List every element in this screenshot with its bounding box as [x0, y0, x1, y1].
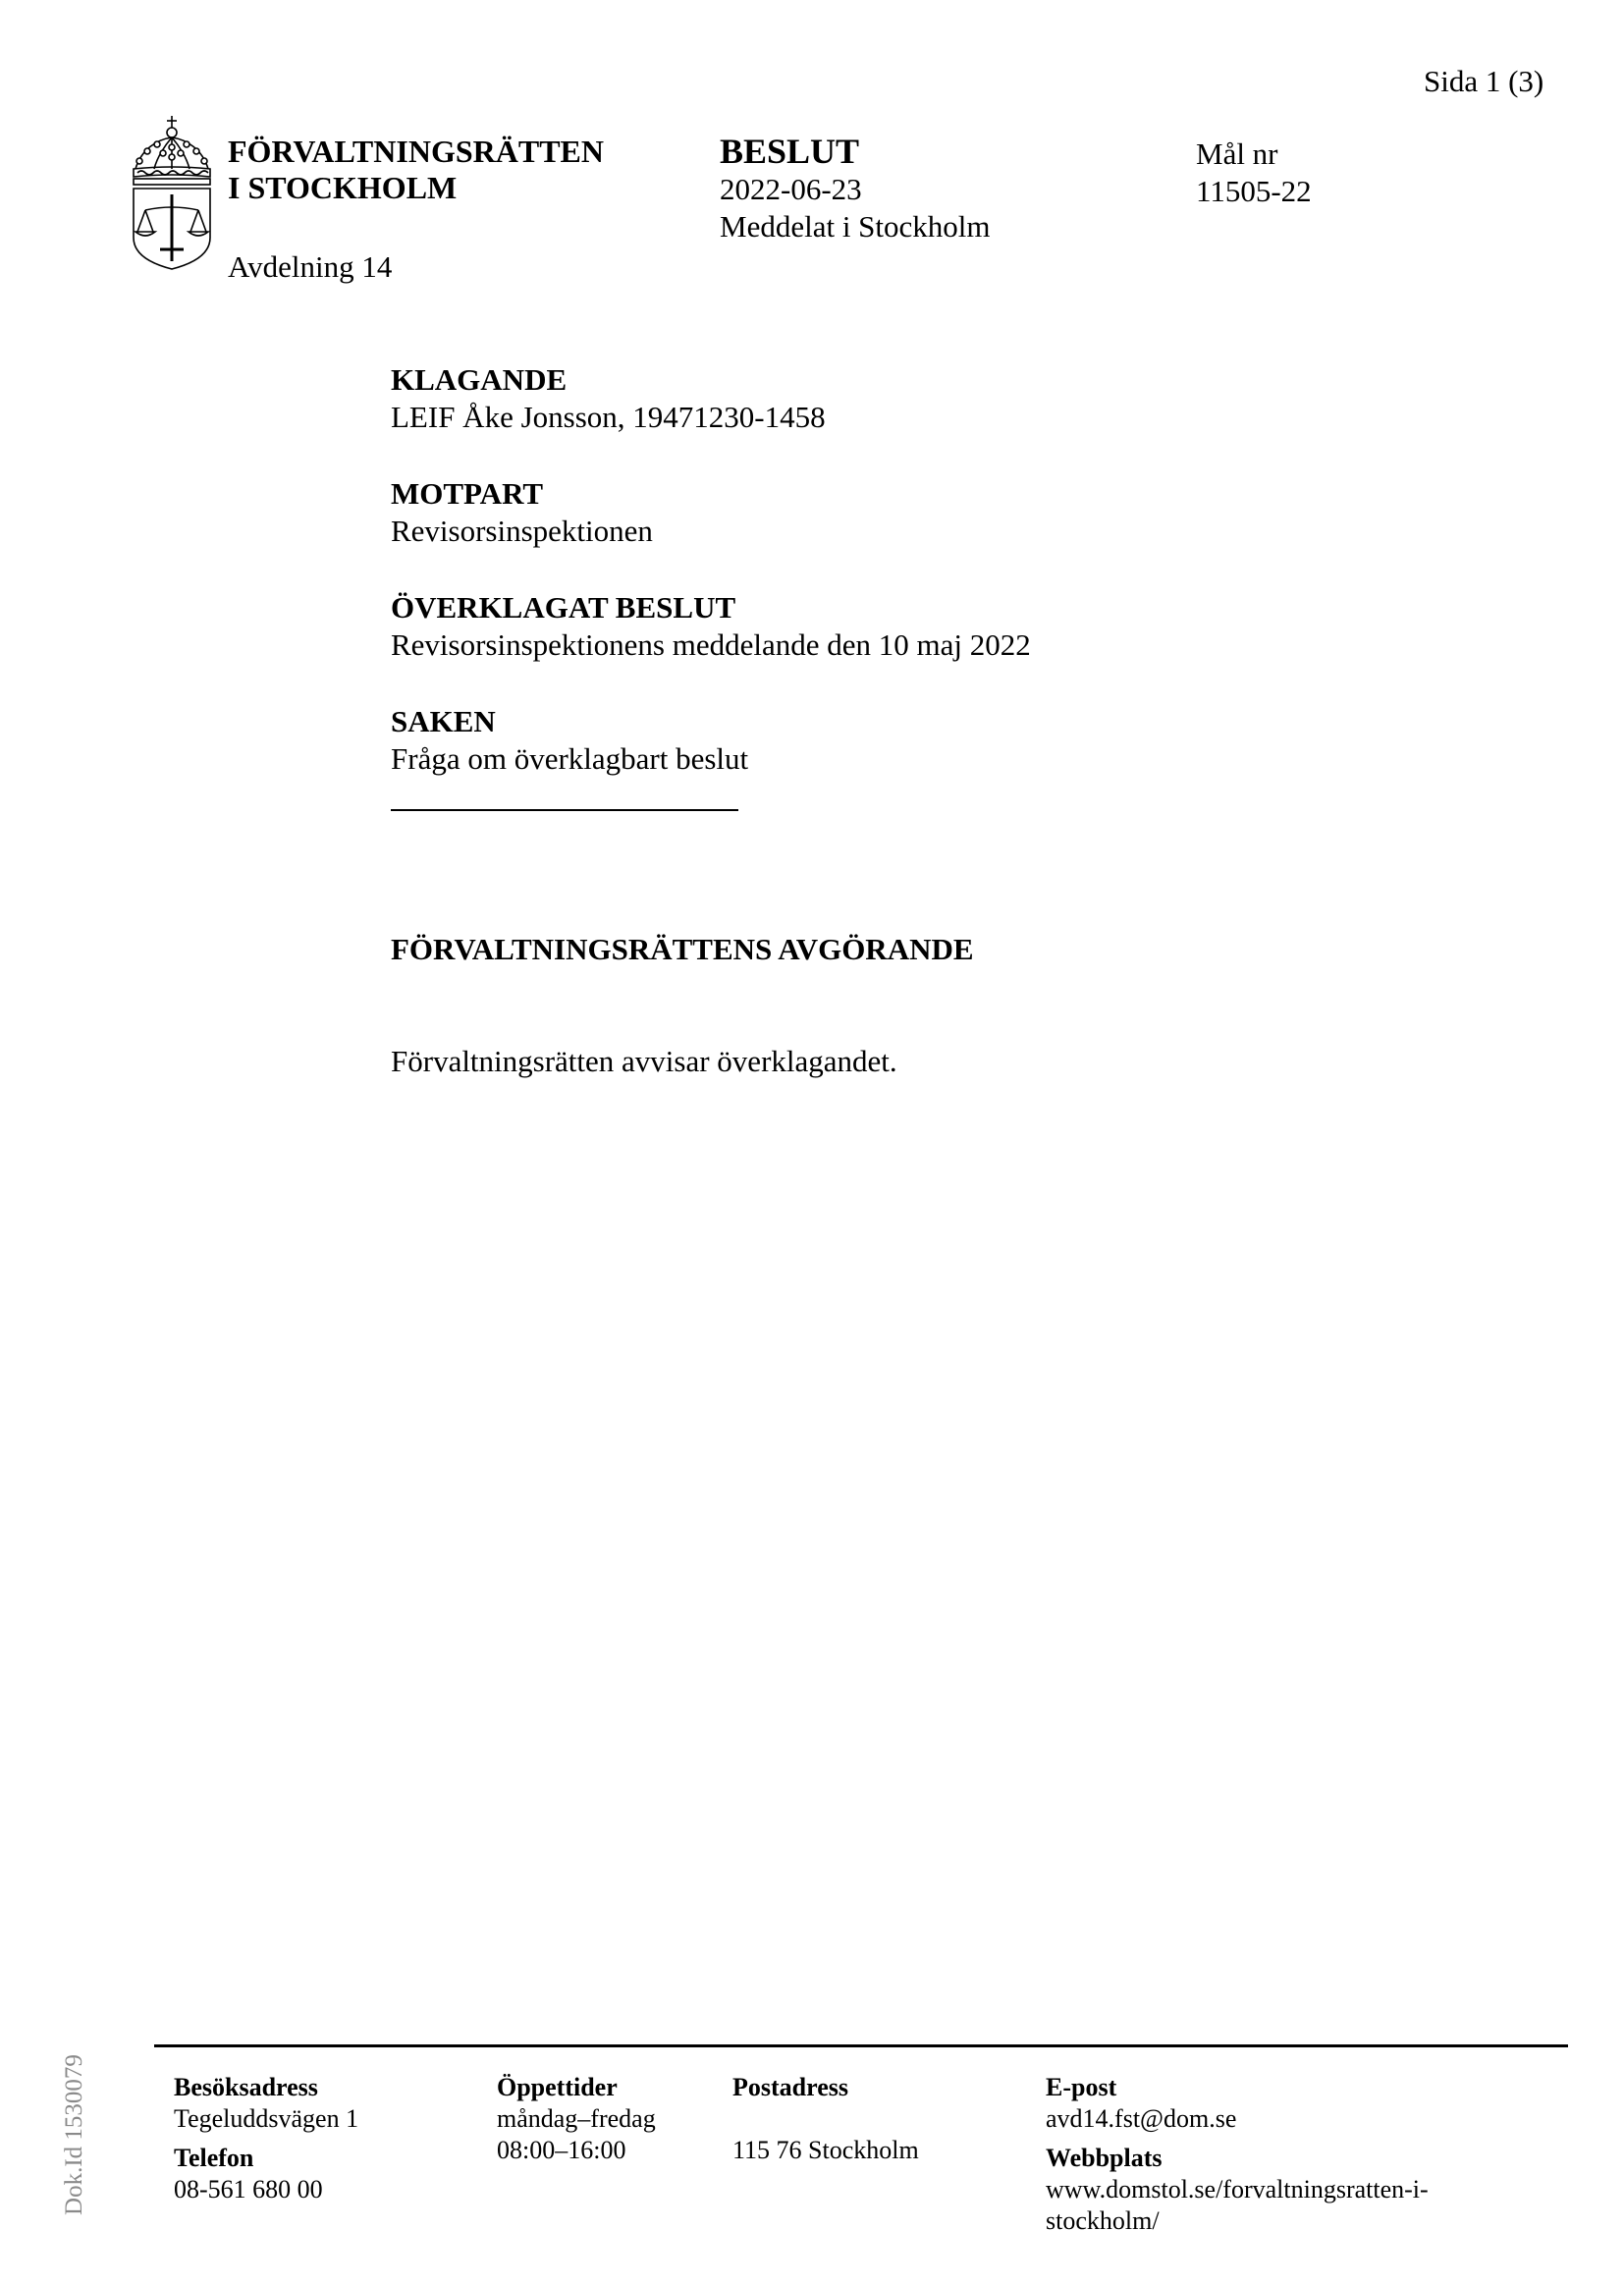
email-link[interactable]: avd14.fst@dom.se	[1046, 2103, 1429, 2135]
postal-address: 115 76 Stockholm	[732, 2135, 919, 2166]
document-type: BESLUT	[720, 132, 991, 171]
footer-hours-column: Öppettider måndag–fredag 08:00–16:00	[497, 2072, 656, 2166]
ruling-heading: FÖRVALTNINGSRÄTTENS AVGÖRANDE	[391, 931, 974, 968]
section-text: Revisorsinspektionens meddelande den 10 …	[391, 626, 1031, 664]
section-overklagat-beslut: ÖVERKLAGAT BESLUT Revisorsinspektionens …	[391, 589, 1031, 664]
phone-label: Telefon	[174, 2143, 358, 2174]
section-heading: SAKEN	[391, 703, 748, 740]
division: Avdelning 14	[228, 248, 392, 286]
footer-contact-column: E-post avd14.fst@dom.se Webbplats www.do…	[1046, 2072, 1429, 2237]
case-label: Mål nr	[1196, 136, 1312, 173]
footer-post-column: Postadress 115 76 Stockholm	[732, 2072, 919, 2166]
section-text: Revisorsinspektionen	[391, 513, 653, 550]
section-heading: MOTPART	[391, 475, 653, 513]
section-heading: KLAGANDE	[391, 361, 826, 399]
section-heading: ÖVERKLAGAT BESLUT	[391, 589, 1031, 626]
decision-date: 2022-06-23	[720, 171, 991, 208]
court-name-line2: I STOCKHOLM	[228, 170, 604, 206]
website-line1[interactable]: www.domstol.se/forvaltningsratten-i-	[1046, 2174, 1429, 2205]
document-id: Dok.Id 1530079	[61, 2054, 88, 2215]
phone-number: 08-561 680 00	[174, 2174, 358, 2205]
section-saken: SAKEN Fråga om överklagbart beslut	[391, 703, 748, 778]
opening-days: måndag–fredag	[497, 2103, 656, 2135]
swedish-court-coat-of-arms-icon	[128, 114, 216, 271]
email-label: E-post	[1046, 2072, 1429, 2103]
issued-place: Meddelat i Stockholm	[720, 208, 991, 245]
website-line2[interactable]: stockholm/	[1046, 2205, 1429, 2237]
court-name-line1: FÖRVALTNINGSRÄTTEN	[228, 134, 604, 170]
section-motpart: MOTPART Revisorsinspektionen	[391, 475, 653, 550]
decision-info: BESLUT 2022-06-23 Meddelat i Stockholm	[720, 132, 991, 245]
case-info: Mål nr 11505-22	[1196, 136, 1312, 210]
section-text: Fråga om överklagbart beslut	[391, 740, 748, 778]
section-text: LEIF Åke Jonsson, 19471230-1458	[391, 399, 826, 436]
ruling-text: Förvaltningsrätten avvisar överklagandet…	[391, 1043, 897, 1080]
footer-visit-column: Besöksadress Tegeluddsvägen 1 Telefon 08…	[174, 2072, 358, 2205]
footer-divider	[154, 2044, 1568, 2047]
page-indicator: Sida 1 (3)	[1424, 63, 1543, 100]
opening-time: 08:00–16:00	[497, 2135, 656, 2166]
website-link[interactable]: www.domstol.se/forvaltningsratten-i- sto…	[1046, 2174, 1429, 2237]
section-klagande: KLAGANDE LEIF Åke Jonsson, 19471230-1458	[391, 361, 826, 436]
postal-spacer	[732, 2103, 919, 2135]
website-label: Webbplats	[1046, 2143, 1429, 2174]
visit-address: Tegeluddsvägen 1	[174, 2103, 358, 2135]
opening-hours-label: Öppettider	[497, 2072, 656, 2103]
section-divider	[391, 809, 738, 811]
court-name: FÖRVALTNINGSRÄTTEN I STOCKHOLM	[228, 134, 604, 206]
visit-address-label: Besöksadress	[174, 2072, 358, 2103]
case-number: 11505-22	[1196, 173, 1312, 210]
postal-address-label: Postadress	[732, 2072, 919, 2103]
